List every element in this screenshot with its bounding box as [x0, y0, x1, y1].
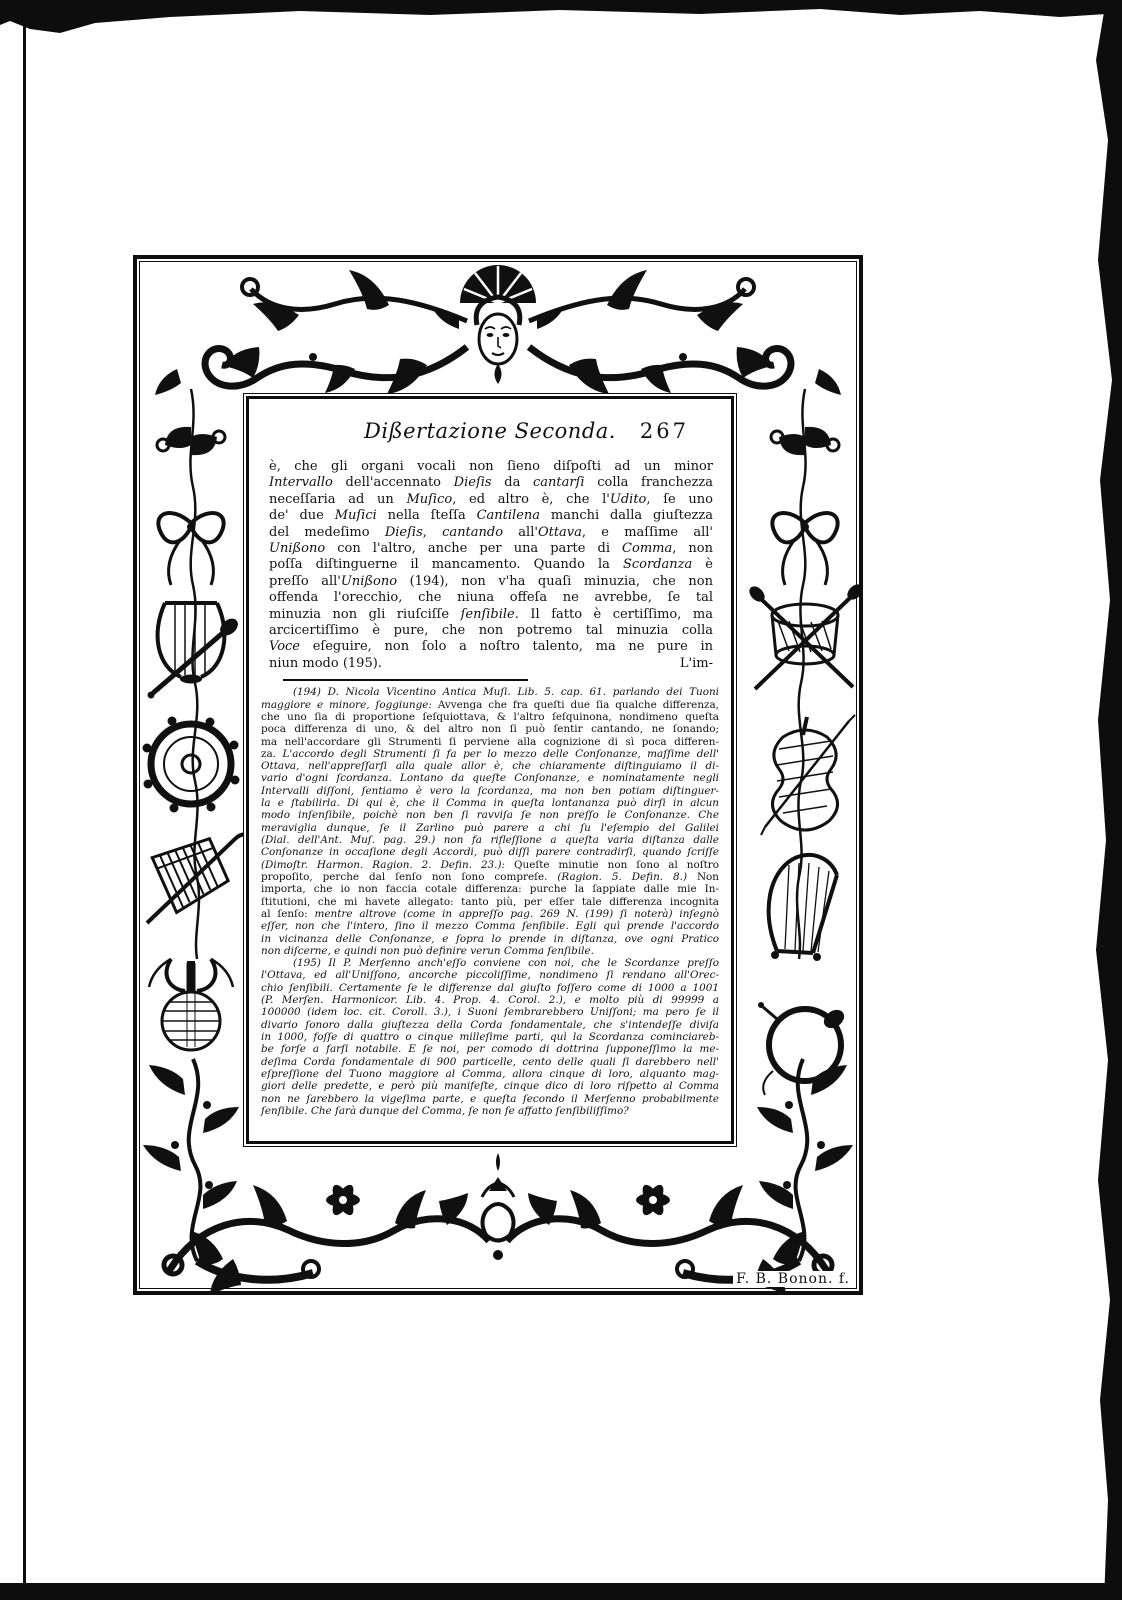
tambourine — [143, 717, 240, 813]
text-line: chio ſenſibili. Certamente ſe le differe… — [261, 982, 719, 994]
text-line: vario d'ogni ſcordanza. Lontano da queſt… — [261, 772, 719, 784]
text-line: importa, che io non faccia cotale differ… — [261, 883, 719, 895]
text-line: (P. Merſen. Harmonicor. Lib. 4. Prop. 4.… — [261, 994, 719, 1006]
text-line: che uno ſia di proportione ſeſquiottava,… — [261, 711, 719, 723]
text-line: meraviglia dunque, ſe il Zarlino può par… — [261, 822, 719, 834]
main-text: è, che gli organi vocali non ſieno diſpo… — [269, 459, 713, 672]
catchword-row: niun modo (195). L'im- — [269, 656, 713, 672]
text-line: eſpreſſione del Tuono maggiore al Comma,… — [261, 1068, 719, 1080]
text-line: Intervallo dell'accennato Dieſis da cant… — [269, 475, 713, 491]
footnotes: (194) D. Nicola Vicentino Antica Muſi. L… — [261, 686, 719, 1117]
text-line: propoſito, perche dal ſenſo non ſono com… — [261, 871, 719, 883]
text-line: 100000 (idem loc. cit. Coroll. 3.), i Su… — [261, 1006, 719, 1018]
text-line: neceſſaria ad un Muſico, ed altro è, che… — [269, 492, 713, 508]
text-panel: Dißertazione Seconda. 267 è, che gli org… — [243, 393, 737, 1147]
text-line: eſſer, non che l'intero, ſino il mezzo C… — [261, 920, 719, 932]
top-border-ornament — [155, 265, 841, 395]
text-line: non ne ſarebbero la vigeſima parte, e qu… — [261, 1093, 719, 1105]
text-line: (Dial. dell'Ant. Muſ. pag. 29.) non fa r… — [261, 834, 719, 846]
text-panel-inner: Dißertazione Seconda. 267 è, che gli org… — [246, 396, 734, 1144]
text-line: la e ſtabilirla. Di qui è, che il Comma … — [261, 797, 719, 809]
text-line: minuzia non gli riuſciſſe ſenſibile. Il … — [269, 607, 713, 623]
scan-edge-bottom — [0, 1583, 1122, 1600]
footnote-separator-rule — [283, 679, 528, 681]
text-line: è, che gli organi vocali non ſieno diſpo… — [269, 459, 713, 475]
scan-edge-top — [0, 0, 1122, 36]
text-line: del medeſimo Dieſis, cantando all'Ottava… — [269, 525, 713, 541]
scan-fold-line — [23, 24, 26, 1584]
text-line: Ottava, nell'appreſſarſi alla quale allo… — [261, 760, 719, 772]
text-line: giori delle predette, e però più manifeſ… — [261, 1080, 719, 1092]
text-line: Intervalli diſſoni, ſentiamo è vero la ſ… — [261, 785, 719, 797]
text-line: Unißono con l'altro, anche per una parte… — [269, 541, 713, 557]
text-line: al ſenſo: mentre altrove (come in appreſ… — [261, 908, 719, 920]
text-line: (Dimoſtr. Harmon. Ragion. 2. Defin. 23.)… — [261, 859, 719, 871]
main-text-lines: è, che gli organi vocali non ſieno diſpo… — [269, 459, 713, 656]
footnote-194: (194) D. Nicola Vicentino Antica Muſi. L… — [261, 686, 719, 957]
text-line: be forſe a farſi notabile. E ſe noi, per… — [261, 1043, 719, 1055]
text-line: ſenſibile. Che ſarà dunque del Comma, ſe… — [261, 1105, 719, 1117]
mask-face-ornament — [433, 265, 563, 384]
text-line: non diſcerne, e quindi non può definire … — [261, 945, 719, 957]
footnote-195: (195) Il P. Merſenno anch'eſſo conviene … — [261, 957, 719, 1117]
bottom-center-cartouche — [482, 1153, 514, 1260]
text-line: ma nell'accordare gli Strumenti ſi pervi… — [261, 736, 719, 748]
engraver-signature: F. B. Bonon. f. — [733, 1271, 853, 1287]
text-line: preſſo all'Unißono (194), non v'ha quaſi… — [269, 574, 713, 590]
text-line: offenda l'orecchio, che niuna offeſa ne … — [269, 590, 713, 606]
engraved-border-frame: F. B. Bonon. f. Dißertazione Seconda. 26… — [133, 255, 863, 1295]
harp — [769, 855, 837, 961]
text-line: divario ſonoro dalla giuſtezza della Cor… — [261, 1019, 719, 1031]
text-line: (194) D. Nicola Vicentino Antica Muſi. L… — [261, 686, 719, 698]
running-head: Dißertazione Seconda. 267 — [261, 419, 719, 449]
viol-and-bow — [761, 715, 855, 835]
text-line: Voce eſeguire, non ſolo a noſtro talento… — [269, 639, 713, 655]
text-line: modo inſenſibile, poichè non ben ſi ravv… — [261, 809, 719, 821]
text-line: l'Ottava, ed all'Uniſſono, ancorche picc… — [261, 969, 719, 981]
text-line: poca differenza di uno, & del altro non … — [261, 723, 719, 735]
text-line: deſima Corda fondamentale di 900 partice… — [261, 1056, 719, 1068]
text-line: maggiore e minore, ſoggiunge: Avvenga ch… — [261, 699, 719, 711]
scan-edge-right — [1088, 0, 1122, 1600]
text-line: ſtitutioni, che mi havete allegato: tant… — [261, 896, 719, 908]
scanned-book-page: { "colors": { "ink": "#0e0e0e", "paper":… — [0, 0, 1122, 1600]
text-line: poſſa diſtinguerne il mancamento. Quando… — [269, 557, 713, 573]
bottom-border-ornament — [164, 1153, 832, 1291]
text-line: in vicinanza delle Conſonanze, e ſopra l… — [261, 933, 719, 945]
main-text-last-line: niun modo (195). — [269, 656, 382, 672]
text-line: in 1000, foſſe di quattro o cinque mille… — [261, 1031, 719, 1043]
page-number: 267 — [640, 419, 689, 443]
text-line: Conſonanze in occaſione degli Accordi, p… — [261, 846, 719, 858]
mandolin — [149, 959, 233, 1050]
catchword: L'im- — [680, 656, 713, 672]
text-line: de' due Muſici nella ſteſſa Cantilena ma… — [269, 508, 713, 524]
page-title: Dißertazione Seconda. — [364, 419, 616, 443]
text-line: za. L'accordo degli Strumenti ſi fa per … — [261, 748, 719, 760]
text-line: arcicertiſſimo è pure, che non potremo t… — [269, 623, 713, 639]
text-line: (195) Il P. Merſenno anch'eſſo conviene … — [261, 957, 719, 969]
